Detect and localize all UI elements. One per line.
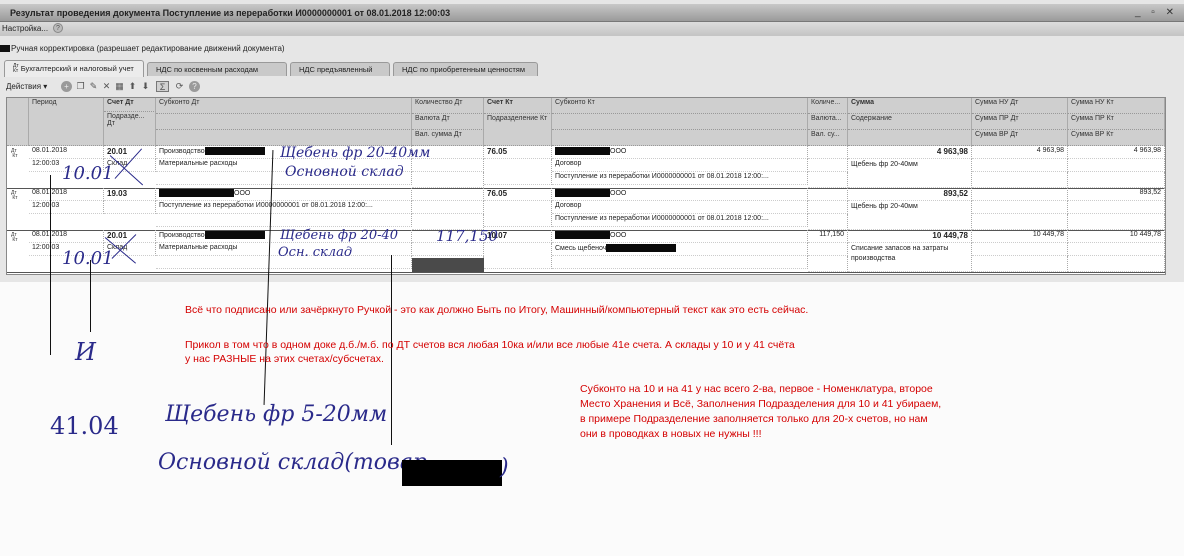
note-3: у нас РАЗНЫЕ на этих счетах/субсчетах. xyxy=(185,352,384,366)
subconto-kt[interactable]: ООО xyxy=(552,146,808,159)
cur-sum-kt[interactable] xyxy=(808,172,848,188)
qty-kt[interactable]: 117,150 xyxy=(808,230,848,243)
posting-result-window: Результат проведения документа Поступлен… xyxy=(0,0,1184,282)
postings-table: Период Счет Дт Подразде... Дт Субконто Д… xyxy=(6,97,1166,275)
content[interactable]: Щебень фр 20-40мм xyxy=(848,201,972,230)
header-curr-dt[interactable]: Валюта Дт xyxy=(412,114,484,130)
subconto-kt-text: ООО xyxy=(610,190,626,197)
manual-edit-label: Ручная корректировка (разрешает редактир… xyxy=(11,44,285,53)
help-icon[interactable]: ? xyxy=(189,81,200,92)
menu-bar: Настройка... ? xyxy=(0,22,1184,36)
header-vr-dt[interactable]: Сумма ВР Дт xyxy=(972,130,1068,146)
sum-vr-dt[interactable] xyxy=(972,256,1068,272)
window-controls: _ ▫ ✕ xyxy=(1135,7,1178,18)
qty-kt[interactable] xyxy=(808,188,848,201)
header-subconto-dt-3 xyxy=(156,130,412,146)
subconto-kt-text: ООО xyxy=(610,148,626,155)
redacted-text xyxy=(205,231,265,239)
selected-cell[interactable] xyxy=(412,258,484,272)
dt-kt-icon: Дт Кт xyxy=(11,233,18,243)
sum-nu-kt[interactable]: 4 963,98 xyxy=(1068,146,1165,159)
subdiv-kt[interactable] xyxy=(484,201,552,227)
note-6: в примере Подразделение заполняется толь… xyxy=(580,412,928,426)
tab-vat-indirect[interactable]: НДС по косвенным расходам xyxy=(147,62,287,76)
note-4: Субконто на 10 и на 41 у нас всего 2-ва,… xyxy=(580,382,933,396)
cur-sum-kt[interactable] xyxy=(808,214,848,230)
period-date[interactable]: 08.01.2018 xyxy=(29,188,104,201)
subconto-kt[interactable]: Смесь щебеноч xyxy=(552,243,808,256)
handwritten-acct-row1: 10.01 xyxy=(62,163,114,184)
redacted-text xyxy=(205,147,265,155)
subconto-kt-text: ООО xyxy=(610,232,626,239)
dt-kt-icon: ДтКт xyxy=(13,64,19,74)
subconto-dt[interactable] xyxy=(156,214,412,227)
sum-nu-dt[interactable]: 4 963,98 xyxy=(972,146,1068,159)
dt-kt-icon: Дт Кт xyxy=(11,191,18,201)
header-acct-kt[interactable]: Счет Кт xyxy=(484,98,552,114)
header-pr-dt[interactable]: Сумма ПР Дт xyxy=(972,114,1068,130)
header-acct-dt[interactable]: Счет Дт xyxy=(104,98,156,112)
header-subconto-kt[interactable]: Субконто Кт xyxy=(552,98,808,114)
subconto-dt[interactable]: Поступление из переработки И0000000001 о… xyxy=(156,201,412,214)
handwritten-and: И xyxy=(75,338,96,366)
header-period[interactable]: Период xyxy=(29,98,104,146)
handwritten-item-row1: Щебень фр 20-40мм xyxy=(280,145,430,161)
tab-accounting[interactable]: ДтКтБухгалтерский и налоговый учет xyxy=(4,60,144,77)
note-2: Прикол в том что в одном доке д.б./м.б. … xyxy=(185,338,795,352)
header-subdiv-kt[interactable]: Подразделение Кт xyxy=(484,114,552,146)
sum-pr-kt[interactable] xyxy=(1068,201,1165,214)
sum[interactable]: 10 449,78 xyxy=(848,230,972,243)
copy-icon[interactable]: ❐ xyxy=(75,81,86,92)
manual-edit-checkbox[interactable]: Ручная корректировка (разрешает редактир… xyxy=(0,44,285,53)
subconto-dt[interactable]: ООО xyxy=(156,188,412,201)
note-5: Место Хранения и Всё, Заполнения Подразд… xyxy=(580,397,941,411)
sum-vr-kt[interactable] xyxy=(1068,256,1165,272)
sum[interactable]: 893,52 xyxy=(848,188,972,201)
delete-icon[interactable]: ✕ xyxy=(101,81,112,92)
pen-line-2 xyxy=(90,260,91,332)
sum-pr-kt[interactable] xyxy=(1068,159,1165,172)
tab-vat-acquired[interactable]: НДС по приобретенным ценностям xyxy=(393,62,538,76)
qty-kt[interactable] xyxy=(808,146,848,159)
sum-pr-dt[interactable] xyxy=(972,159,1068,172)
acct-kt[interactable]: 76.05 xyxy=(484,146,552,159)
curr-kt[interactable] xyxy=(808,201,848,214)
header-qty-kt[interactable]: Количе... xyxy=(808,98,848,114)
header-curr-kt[interactable]: Валюта... xyxy=(808,114,848,130)
subconto-kt[interactable]: Договор xyxy=(552,201,808,214)
sum-nu-dt[interactable] xyxy=(972,188,1068,201)
acct-dt[interactable]: 19.03 xyxy=(104,188,156,201)
period-date[interactable]: 08.01.2018 xyxy=(29,146,104,159)
sum-nu-kt[interactable]: 893,52 xyxy=(1068,188,1165,201)
subconto-kt[interactable]: Поступление из переработки И0000000001 о… xyxy=(552,172,808,185)
header-subdiv-dt[interactable]: Подразде... Дт xyxy=(104,112,156,146)
header-pr-kt[interactable]: Сумма ПР Кт xyxy=(1068,114,1165,130)
handwritten-store-row1: Основной склад xyxy=(285,164,404,180)
content[interactable]: Списание запасов на затраты производства xyxy=(848,243,972,272)
sum-nu-dt[interactable]: 10 449,78 xyxy=(972,230,1068,243)
handwritten-alt-acct: 41.04 xyxy=(50,412,119,440)
sum-pr-dt[interactable] xyxy=(972,201,1068,214)
header-nu-kt[interactable]: Сумма НУ Кт xyxy=(1068,98,1165,114)
handwritten-acct-row3: 10.01 xyxy=(62,248,114,269)
subconto-kt[interactable]: ООО xyxy=(552,230,808,243)
redacted-text xyxy=(555,231,610,239)
period-time[interactable]: 12:00:03 xyxy=(29,201,104,214)
subconto-kt[interactable]: ООО xyxy=(552,188,808,201)
move-up-icon[interactable]: ⬆ xyxy=(127,81,138,92)
header-nu-dt[interactable]: Сумма НУ Дт xyxy=(972,98,1068,114)
title-bar: Результат проведения документа Поступлен… xyxy=(0,4,1184,22)
header-content-2 xyxy=(848,130,972,146)
subdiv-kt[interactable] xyxy=(484,243,552,269)
header-content[interactable]: Содержание xyxy=(848,114,972,130)
restore-icon[interactable]: ▫ xyxy=(1151,7,1159,18)
qty-dt[interactable] xyxy=(412,188,484,201)
subconto-kt[interactable]: Договор xyxy=(552,159,808,172)
content[interactable]: Щебень фр 20-40мм xyxy=(848,159,972,188)
header-icon-col xyxy=(7,98,29,146)
actions-menu[interactable]: Действия ▾ xyxy=(6,82,47,91)
cur-sum-kt[interactable] xyxy=(808,256,848,272)
note-1: Всё что подписано или зачёркнуто Ручкой … xyxy=(185,303,808,317)
header-sum[interactable]: Сумма xyxy=(848,98,972,114)
toolbar: Действия ▾ + ❐ ✎ ✕ ▦ ⬆ ⬇ Σ ⟳ ? xyxy=(6,80,1176,94)
header-qty-dt[interactable]: Количество Дт xyxy=(412,98,484,114)
header-subconto-kt-3 xyxy=(552,130,808,146)
row-separator xyxy=(7,272,1165,273)
redacted-text xyxy=(606,244,676,252)
period-date[interactable]: 08.01.2018 xyxy=(29,230,104,243)
dt-kt-icon: Дт Кт xyxy=(11,149,18,159)
handwritten-item-row3: Щебень фр 20-40 xyxy=(280,228,398,243)
sum-vr-dt[interactable] xyxy=(972,214,1068,230)
sum-icon[interactable]: Σ xyxy=(156,81,169,92)
redacted-text xyxy=(555,189,610,197)
handwritten-alt-item: Щебень фр 5-20мм xyxy=(165,402,387,427)
header-subconto-kt-2 xyxy=(552,114,808,130)
sum[interactable]: 4 963,98 xyxy=(848,146,972,159)
redacted-text xyxy=(159,189,234,197)
curr-dt[interactable] xyxy=(412,201,484,214)
settings-menu[interactable]: Настройка... xyxy=(2,24,48,33)
subconto-dt-text: Производство xyxy=(159,232,205,239)
close-icon[interactable]: ✕ xyxy=(1166,7,1178,18)
minimize-icon[interactable]: _ xyxy=(1135,7,1145,18)
handwritten-alt-store: Основной склад(товар xyxy=(158,450,427,475)
refresh-icon[interactable]: ⟳ xyxy=(174,81,185,92)
redacted-block xyxy=(402,460,502,486)
subconto-kt[interactable]: Поступление из переработки И0000000001 о… xyxy=(552,214,808,227)
help-icon[interactable]: ? xyxy=(53,23,63,33)
header-cur-sum-dt[interactable]: Вал. сумма Дт xyxy=(412,130,484,146)
redacted-text xyxy=(555,147,610,155)
sum-pr-kt[interactable] xyxy=(1068,243,1165,256)
subconto-kt[interactable] xyxy=(552,256,808,269)
note-7: они в проводках в новых не нужны !!! xyxy=(580,427,762,441)
subconto-dt-text: Производство xyxy=(159,148,205,155)
add-icon[interactable]: + xyxy=(61,81,72,92)
subdiv-kt[interactable] xyxy=(484,159,552,185)
handwritten-qty-row3: 117,150 xyxy=(436,227,498,245)
header-vr-kt[interactable]: Сумма ВР Кт xyxy=(1068,130,1165,146)
grid-icon[interactable]: ▦ xyxy=(114,81,125,92)
sum-nu-kt[interactable]: 10 449,78 xyxy=(1068,230,1165,243)
pen-line-1 xyxy=(50,175,51,355)
checkbox-redacted[interactable] xyxy=(0,45,10,52)
edit-icon[interactable]: ✎ xyxy=(88,81,99,92)
curr-kt[interactable] xyxy=(808,159,848,172)
curr-kt[interactable] xyxy=(808,243,848,256)
subdiv-dt[interactable] xyxy=(104,201,156,214)
tab-vat-presented[interactable]: НДС предъявленный xyxy=(290,62,390,76)
cur-sum-dt[interactable] xyxy=(412,172,484,188)
header-subconto-dt-2 xyxy=(156,114,412,130)
header-subconto-dt[interactable]: Субконто Дт xyxy=(156,98,412,114)
sum-pr-dt[interactable] xyxy=(972,243,1068,256)
subconto-kt-text: Смесь щебеноч xyxy=(555,245,606,252)
sum-vr-kt[interactable] xyxy=(1068,214,1165,230)
acct-kt[interactable]: 76.05 xyxy=(484,188,552,201)
handwritten-paren: ) xyxy=(500,455,509,480)
header-cur-sum-kt[interactable]: Вал. су... xyxy=(808,130,848,146)
move-down-icon[interactable]: ⬇ xyxy=(140,81,151,92)
sum-vr-kt[interactable] xyxy=(1068,172,1165,188)
subconto-dt-text: ООО xyxy=(234,190,250,197)
sum-vr-dt[interactable] xyxy=(972,172,1068,188)
handwritten-store-row3: Осн. склад xyxy=(278,245,352,260)
window-title: Результат проведения документа Поступлен… xyxy=(10,8,450,18)
